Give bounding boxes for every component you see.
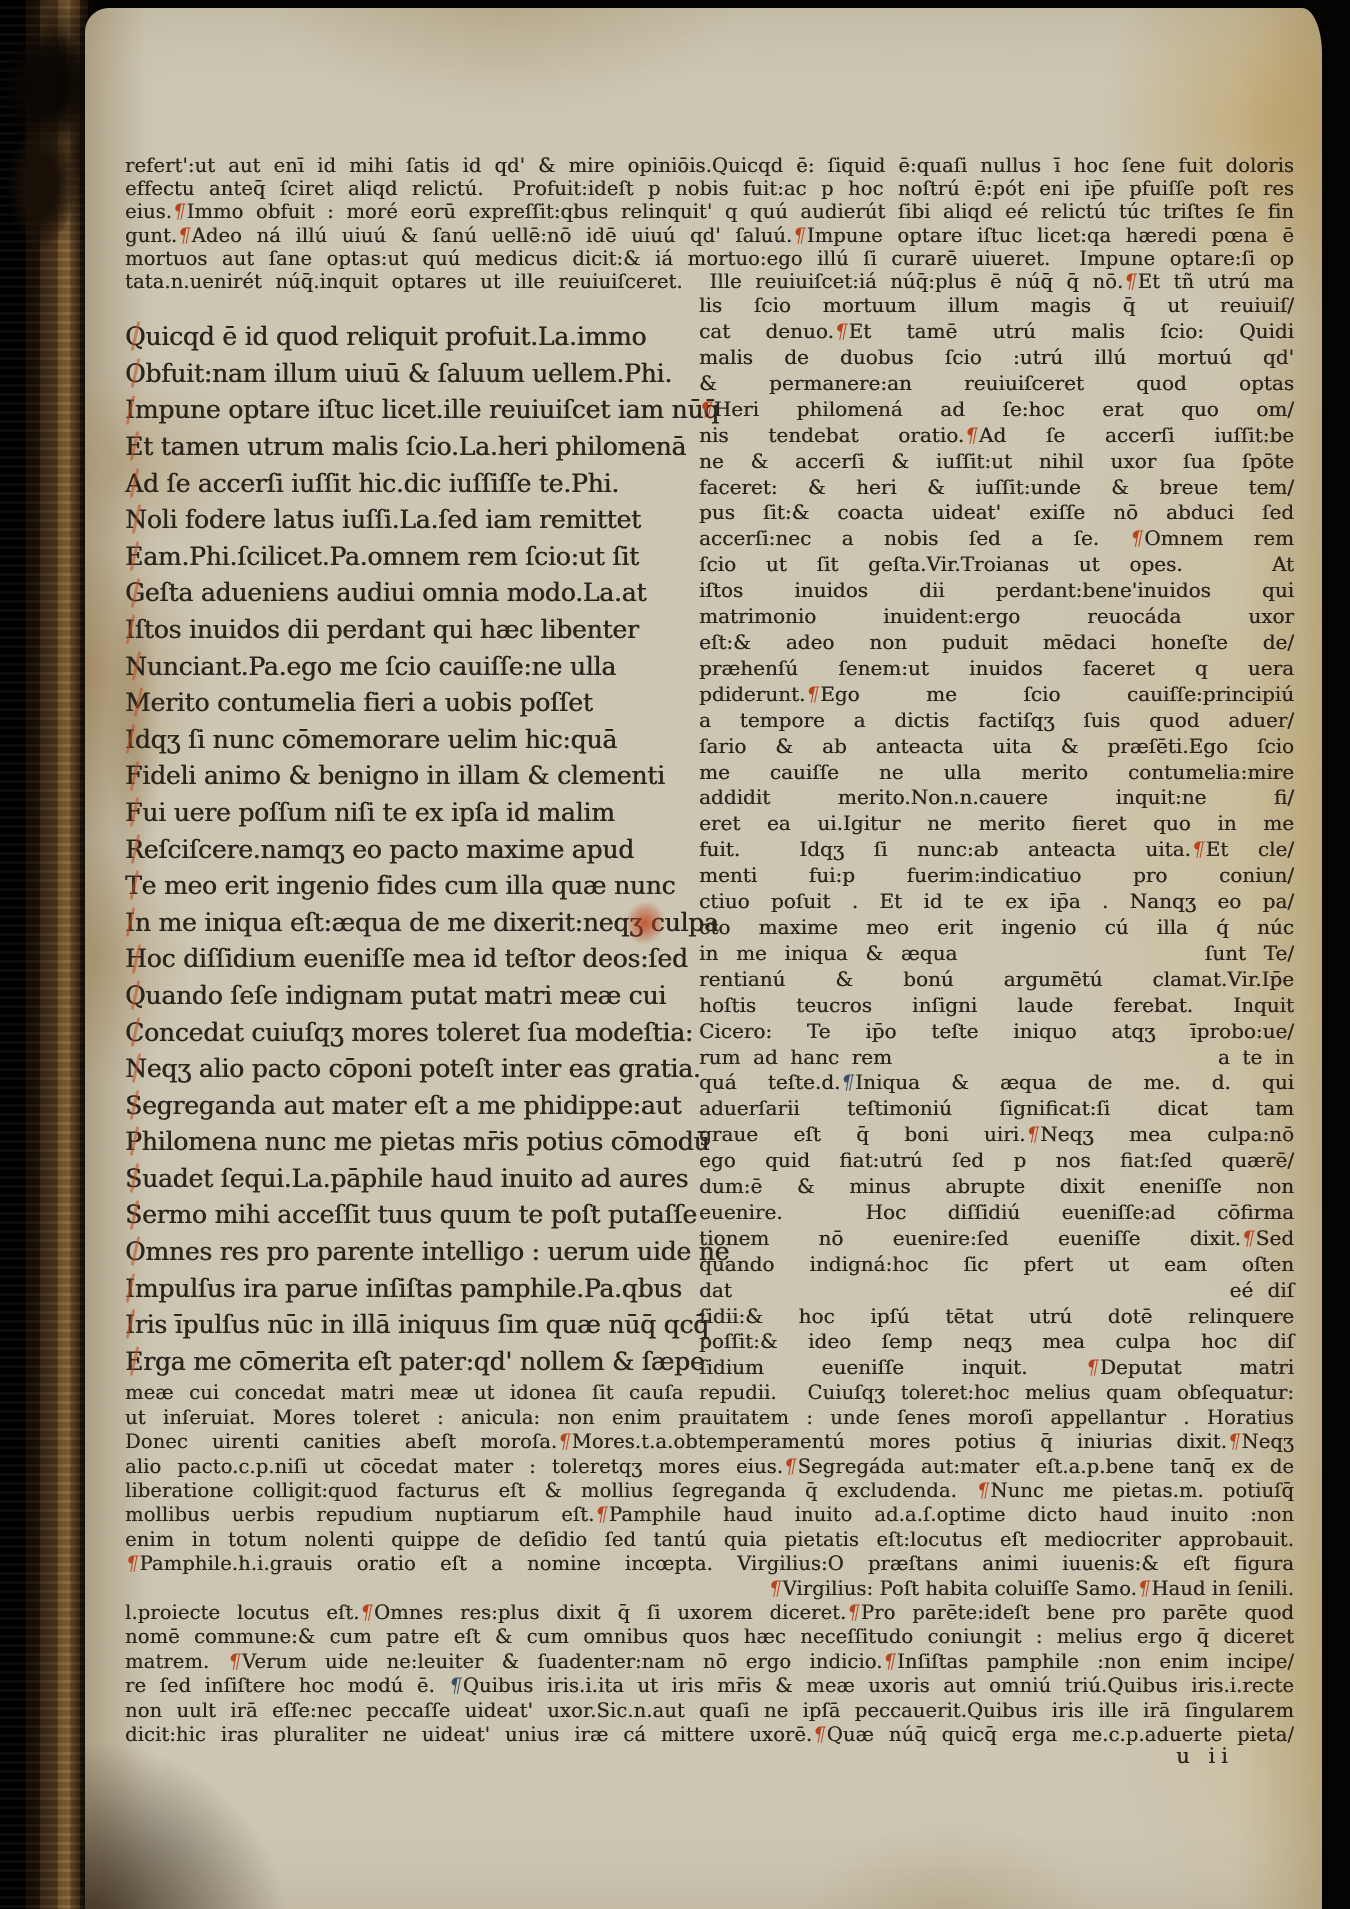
rubric-pilcrow-icon: ¶ — [976, 1479, 991, 1502]
text-line: cto maxime meo erit ingenio cú illa q́ n… — [699, 915, 1294, 941]
text-line: rentianú & bonú argumētú clamat.Vir.Ip̄e — [699, 967, 1294, 993]
text-line: ne & accerſi & iuſſit:ut nihil uxor ſua … — [699, 449, 1294, 475]
verse-text-column: Quicqd ē id quod reliquit profuit.La.imm… — [125, 293, 699, 1380]
text-line: pus ſit:& coacta uideat' exiſſe nō abduc… — [699, 500, 1294, 526]
text-line: Omnes res pro parente intelligo : uerum … — [125, 1234, 699, 1271]
text-line: hoſtis teucros inſigni laude ferebat. In… — [699, 993, 1294, 1019]
text-line: quá teſte.d.¶Iniqua & æqua de me. d. qui — [699, 1070, 1294, 1096]
text-line: refert':ut aut enī id mihi ſatis id qd' … — [125, 154, 1294, 177]
text-line: quando indigná:hoc ſic pfert ut eam oſte… — [699, 1252, 1294, 1278]
text-line: addidit merito.Non.n.cauere inquit:ne fi… — [699, 785, 1294, 811]
text-line: Fideli animo & benigno in illam & clemen… — [125, 758, 699, 795]
rubricated-initial: I — [125, 1271, 135, 1308]
text-line: dicit:hic iras pluraliter ne uideat' uni… — [125, 1723, 1294, 1747]
text-line: Quando ſeſe indignam putat matri meæ cui — [125, 978, 699, 1015]
rubric-pilcrow-icon: ¶ — [699, 397, 714, 421]
rubric-pilcrow-icon: ¶ — [768, 1577, 783, 1600]
text-line: l.proiecte locutus eſt.¶Omnes res:plus d… — [125, 1601, 1294, 1625]
text-line: nis tendebat oratio.¶Ad ſe accerſi iuſſi… — [699, 423, 1294, 449]
rubric-pilcrow-icon: ¶ — [227, 1650, 242, 1673]
text-line: Hoc diſſidium eueniſſe mea id teſtor deo… — [125, 941, 699, 978]
text-line: mollibus uerbis repudium nuptiarum eſt.¶… — [125, 1503, 1294, 1527]
rubricated-initial: I — [125, 905, 135, 942]
rubric-pilcrow-icon: ¶ — [172, 200, 187, 223]
commentary-text-column: lis ſcio mortuum illum magis q̄ ut reuiu… — [699, 293, 1294, 1381]
text-line: Donec uirenti canities abeſt moroſa.¶Mor… — [125, 1430, 1294, 1454]
rubric-pilcrow-icon: ¶ — [882, 1650, 897, 1673]
text-line: Fui uere poſſum niſi te ex ipſa id malim — [125, 795, 699, 832]
text-line: Iſtos inuidos dii perdant qui hæc libent… — [125, 612, 699, 649]
text-line: aduerſarii teſtimoniú ſignificat:ſi dica… — [699, 1096, 1294, 1122]
text-line: Impulſus ira parue inſiſtas pamphile.Pa.… — [125, 1271, 699, 1308]
text-line: iſtos inuidos dii perdant:bene'inuidos q… — [699, 578, 1294, 604]
book-binding-edge — [0, 0, 88, 1909]
text-line: a tempore a dictis factiſqʒ ſuis quod ad… — [699, 708, 1294, 734]
text-line: non uult irā eſſe:nec peccaſſe uideat' u… — [125, 1699, 1294, 1723]
text-line: In me iniqua eſt:æqua de me dixerit:neqʒ… — [125, 905, 699, 942]
text-block-area: refert':ut aut enī id mihi ſatis id qd' … — [85, 8, 1322, 1909]
rubric-pilcrow-icon: ¶ — [1123, 270, 1138, 293]
text-line: Idqʒ ſi nunc cōmemorare uelim hic:quā — [125, 722, 699, 759]
text-line: ſcio ut ſit geſta.Vir.Troianas ut opes. … — [699, 552, 1294, 578]
bottom-commentary-block: meæ cui concedat matri meæ ut idonea ſit… — [125, 1381, 1294, 1747]
rubric-pilcrow-icon: ¶ — [1129, 526, 1144, 550]
text-line: in me iniqua & æqua ſunt Te/ — [699, 941, 1294, 967]
text-line: eius.¶Immo obfuit : moré eorū expreſſit:… — [125, 200, 1294, 223]
text-line: dum:ē & minus abrupte dixit eneniſſe non — [699, 1174, 1294, 1200]
rubricated-initial: I — [125, 612, 135, 649]
text-line: Concedat cuiuſqʒ mores toleret ſua modeſ… — [125, 1015, 699, 1052]
rubric-pilcrow-icon: ¶ — [594, 1503, 609, 1526]
text-line: Suadet ſequi.La.pāphile haud inuito ad a… — [125, 1161, 699, 1198]
text-line: faceret: & heri & iuſſit:unde & breue te… — [699, 475, 1294, 501]
text-line: ſario & ab anteacta uita & præſēti.Ego ſ… — [699, 734, 1294, 760]
text-line: Cicero: Te ip̄o teſte iniquo atqʒ īprobo… — [699, 1019, 1294, 1045]
text-line: menti fui:p fuerim:indicatiuo pro coniun… — [699, 863, 1294, 889]
signature-mark: u ii — [1125, 1744, 1285, 1768]
rubricated-initial: F — [125, 795, 142, 832]
text-line: Philomena nunc me pietas mr̄is potius cō… — [125, 1124, 699, 1161]
text-line: ſidium eueniſſe inquit. ¶Deputat matri — [699, 1355, 1294, 1381]
text-line: poſſit:& ideo ſemp neqʒ mea culpa hoc di… — [699, 1329, 1294, 1355]
text-line: fuit. Idqʒ ſi nunc:ab anteacta uita.¶Et … — [699, 837, 1294, 863]
text-line: ut inſeruiat. Mores toleret : anicula: n… — [125, 1406, 1294, 1430]
rubric-pilcrow-icon: ¶ — [177, 224, 192, 247]
rubric-pilcrow-icon: ¶ — [964, 423, 979, 447]
rubric-pilcrow-icon: ¶ — [360, 1601, 375, 1624]
text-line: Obfuit:nam illum uiuū & ſaluum uellem.Ph… — [125, 356, 699, 393]
text-line: effectu anteq̄ ſciret aliqd relictú. Pro… — [125, 177, 1294, 200]
rubricated-initial: A — [125, 466, 143, 503]
rubricated-initial: C — [125, 1015, 144, 1052]
rubricated-initial: N — [125, 502, 147, 539]
rubricated-initial: S — [125, 1088, 142, 1125]
rubricated-initial: S — [125, 1161, 142, 1198]
rubricated-initial: Q — [125, 978, 145, 1015]
parchment-page: refert':ut aut enī id mihi ſatis id qd' … — [85, 8, 1322, 1909]
text-line: & permanere:an reuiuiſceret quod optas — [699, 371, 1294, 397]
text-line: meæ cui concedat matri meæ ut idonea ſit… — [125, 1381, 1294, 1405]
rubricated-initial: E — [125, 429, 143, 466]
top-commentary-block: refert':ut aut enī id mihi ſatis id qd' … — [125, 154, 1294, 293]
text-line: Ad ſe accerſi iuſſit hic.dic iuſſiſſe te… — [125, 466, 699, 503]
rubric-pilcrow-icon: ¶ — [1025, 1122, 1040, 1146]
scanned-book-page: refert':ut aut enī id mihi ſatis id qd' … — [0, 0, 1350, 1909]
text-line: malis de duobus ſcio :utrú illú mortuú q… — [699, 345, 1294, 371]
text-line: alio pacto.c.p.niſi ut cōcedat mater : t… — [125, 1455, 1294, 1479]
text-line: ego quid fiat:utrú ſed p nos fiat:ſed qu… — [699, 1148, 1294, 1174]
text-line: Nunciant.Pa.ego me ſcio cauiſſe:ne ulla — [125, 649, 699, 686]
rubricated-initial: I — [125, 722, 135, 759]
text-line: nomē commune:& cum patre eſt & cum omnib… — [125, 1625, 1294, 1649]
text-line: dat eé diſ — [699, 1278, 1294, 1304]
rubricated-initial: R — [125, 832, 144, 869]
text-line: gunt.¶Adeo ná illú uiuú & ſanú uellē:nō … — [125, 224, 1294, 247]
text-line: Te meo erit ingenio fides cum illa quæ n… — [125, 868, 699, 905]
rubricated-initial: Q — [125, 319, 145, 356]
rubricated-initial: I — [125, 1307, 135, 1344]
text-line: ¶Heri philomená ad ſe:hoc erat quo om/ — [699, 397, 1294, 423]
text-line: Et tamen utrum malis ſcio.La.heri philom… — [125, 429, 699, 466]
text-line: matrimonio inuident:ergo reuocáda uxor — [699, 604, 1294, 630]
text-line: Neqʒ alio pacto cōponi poteſt inter eas … — [125, 1051, 699, 1088]
text-line: me cauiſſe ne ulla merito contumelia:mir… — [699, 760, 1294, 786]
text-line: ¶Virgilius: Poſt habita coluiſſe Samo.¶H… — [125, 1577, 1294, 1601]
text-line: Impune optare iſtuc licet.ille reuiuiſce… — [125, 392, 699, 429]
rubricated-initial: H — [125, 941, 147, 978]
text-line: Iris īpulſus nūc in illā iniquus ſim quæ… — [125, 1307, 699, 1344]
rubricated-initial: O — [125, 1234, 145, 1271]
text-line: Reſciſcere.namqʒ eo pacto maxime apud — [125, 832, 699, 869]
rubric-pilcrow-icon: ¶ — [1085, 1355, 1100, 1379]
text-line: tionem nō euenire:ſed eueniſſe dixit.¶Se… — [699, 1226, 1294, 1252]
rubricated-initial: E — [125, 539, 143, 576]
text-line: rum ad hanc rem a te in — [699, 1045, 1294, 1071]
text-line: Merito contumelia fieri a uobis poſſet — [125, 685, 699, 722]
text-line: liberatione colligit:quod facturus eſt &… — [125, 1479, 1294, 1503]
rubric-pilcrow-icon: ¶ — [1191, 837, 1206, 861]
rubricated-initial: I — [125, 392, 135, 429]
rubricated-initial: N — [125, 1051, 147, 1088]
rubric-pilcrow-icon: ¶ — [125, 1552, 140, 1575]
text-line: mortuos aut ſane optas:ut quú medicus di… — [125, 247, 1294, 270]
rubricated-initial: N — [125, 649, 147, 686]
text-line: accerſi:nec a nobis ſed a ſe. ¶Omnem rem — [699, 526, 1294, 552]
text-line: ſidii:& hoc ipſú tētat utrú dotē relinqu… — [699, 1304, 1294, 1330]
rubric-pilcrow-icon: ¶ — [557, 1430, 572, 1453]
text-line: pdiderunt.¶Ego me ſcio cauiſſe:principiú — [699, 682, 1294, 708]
rubricated-initial: M — [125, 685, 150, 722]
text-line: graue eſt q̄ boni uiri.¶Neqʒ mea culpa:n… — [699, 1122, 1294, 1148]
rubric-pilcrow-icon: ¶ — [783, 1455, 798, 1478]
rubric-pilcrow-icon: ¶ — [846, 1601, 861, 1624]
rubricated-initial: F — [125, 758, 142, 795]
rubric-pilcrow-icon: ¶ — [805, 682, 820, 706]
text-line: Geſta adueniens audiui omnia modo.La.at — [125, 575, 699, 612]
text-line: cat denuo.¶Et tamē utrú malis ſcio: Quid… — [699, 319, 1294, 345]
rubricated-initial: P — [125, 1124, 142, 1161]
two-column-section: Quicqd ē id quod reliquit profuit.La.imm… — [125, 293, 1294, 1381]
text-line: lis ſcio mortuum illum magis q̄ ut reuiu… — [699, 293, 1294, 319]
rubricated-initial: G — [125, 575, 145, 612]
text-line: Noli fodere latus iuſſi.La.ſed iam remit… — [125, 502, 699, 539]
rubricated-initial: E — [125, 1344, 143, 1381]
text-line: ¶Pamphile.h.i.grauis oratio eſt a nomine… — [125, 1552, 1294, 1576]
rubricated-initial: S — [125, 1197, 142, 1234]
text-line: Erga me cōmerita eſt pater:qd' nollem & … — [125, 1344, 699, 1381]
text-line: eſt:& adeo non puduit mēdaci honeſte de/ — [699, 630, 1294, 656]
rubric-pilcrow-icon: ¶ — [834, 319, 849, 343]
text-line: Segreganda aut mater eſt a me phidippe:a… — [125, 1088, 699, 1125]
rubric-pilcrow-icon: ¶ — [1137, 1577, 1152, 1600]
text-line: Sermo mihi acceſſit tuus quum te poſt pu… — [125, 1197, 699, 1234]
rubric-pilcrow-icon: ¶ — [792, 224, 807, 247]
text-line: Quicqd ē id quod reliquit profuit.La.imm… — [125, 319, 699, 356]
text-line: tata.n.uenirét núq̄.inquit optares ut il… — [125, 270, 1294, 293]
text-line: præhenſú ſenem:ut inuidos faceret q uera — [699, 656, 1294, 682]
rubricated-initial: O — [125, 356, 145, 393]
rubricated-initial: T — [125, 868, 141, 905]
rubric-pilcrow-icon: ¶ — [812, 1723, 827, 1746]
text-line: matrem. ¶Verum uide ne:leuiter & ſuadent… — [125, 1650, 1294, 1674]
rubric-pilcrow-icon: ¶ — [1241, 1226, 1256, 1250]
text-line: re ſed inſiſtere hoc modú ē. ¶Quibus iri… — [125, 1674, 1294, 1698]
text-line: Eam.Phi.ſcilicet.Pa.omnem rem ſcio:ut ſi… — [125, 539, 699, 576]
text-line: ctiuo poſuit . Et id te ex ip̄a . Nanqʒ … — [699, 889, 1294, 915]
text-line: euenire. Hoc diſſidiú eueniſſe:ad cōfirm… — [699, 1200, 1294, 1226]
text-line: eret ea ui.Igitur ne merito fieret quo i… — [699, 811, 1294, 837]
rubric-pilcrow-icon: ¶ — [1227, 1430, 1242, 1453]
rubric-pilcrow-icon: ¶ — [448, 1674, 463, 1697]
rubric-pilcrow-icon: ¶ — [840, 1070, 855, 1094]
text-line: enim in totum nolenti quippe de deſidio … — [125, 1528, 1294, 1552]
